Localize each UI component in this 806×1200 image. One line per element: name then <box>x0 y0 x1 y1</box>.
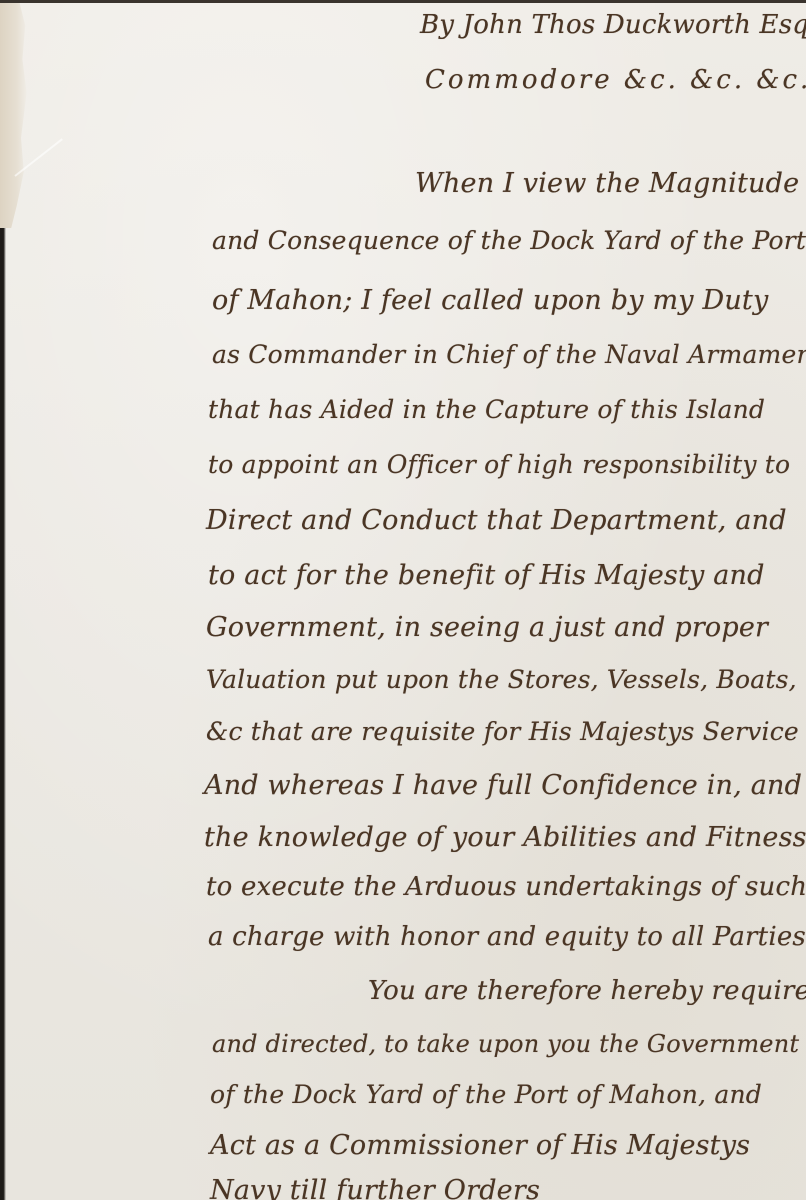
body-line: to execute the Arduous undertakings of s… <box>206 872 806 902</box>
body-line: of the Dock Yard of the Port of Mahon, a… <box>210 1080 762 1109</box>
body-line: and directed, to take upon you the Gover… <box>212 1030 799 1058</box>
body-line: Valuation put upon the Stores, Vessels, … <box>206 665 797 694</box>
body-line: And whereas I have full Confidence in, a… <box>204 770 802 801</box>
body-line: to act for the benefit of His Majesty an… <box>208 560 765 591</box>
scan-border-left <box>0 228 6 1200</box>
heading-line-1: By John Thos Duckworth Esq <box>420 10 806 40</box>
scan-border-top <box>0 0 806 3</box>
body-line: and Consequence of the Dock Yard of the … <box>212 226 806 255</box>
body-line: Act as a Commissioner of His Majestys <box>210 1130 750 1161</box>
body-line: Government, in seeing a just and proper <box>206 612 768 643</box>
body-line: You are therefore hereby required <box>368 976 806 1006</box>
body-line: Direct and Conduct that Department, and <box>206 505 787 536</box>
body-line: as Commander in Chief of the Naval Armam… <box>212 340 806 369</box>
torn-paper-edge <box>0 3 28 228</box>
body-line: of Mahon; I feel called upon by my Duty <box>212 285 768 316</box>
body-line: Navy till further Orders <box>210 1175 540 1200</box>
body-line: the knowledge of your Abilities and Fitn… <box>204 822 806 853</box>
manuscript-page: By John Thos Duckworth Esq Commodore &c.… <box>0 0 806 1200</box>
heading-line-2: Commodore &c. &c. &c. <box>425 65 806 95</box>
body-line: When I view the Magnitude <box>415 168 799 199</box>
body-line: a charge with honor and equity to all Pa… <box>208 922 806 952</box>
body-line: to appoint an Officer of high responsibi… <box>208 450 790 479</box>
body-line: that has Aided in the Capture of this Is… <box>208 395 765 424</box>
body-line: &c that are requisite for His Majestys S… <box>206 717 799 746</box>
